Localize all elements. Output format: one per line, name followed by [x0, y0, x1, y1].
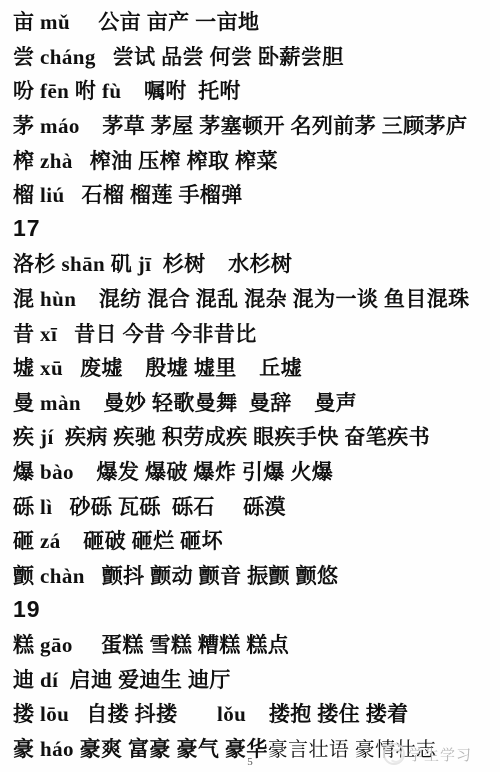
entry-text: 茅 máo 茅草 茅屋 茅塞顿开 名列前茅 三顾茅庐 [13, 110, 467, 140]
vocab-entry: 亩 mǔ 公亩 亩产 一亩地 [13, 4, 496, 39]
vocab-entry: 糕 gāo 蛋糕 雪糕 糟糕 糕点 [13, 627, 496, 662]
entry-text: 爆 bào 爆发 爆破 爆炸 引爆 火爆 [13, 456, 333, 486]
entry-text: 吩 fēn 咐 fù 嘱咐 托咐 [13, 75, 241, 105]
entry-text: 亩 mǔ 公亩 亩产 一亩地 [13, 6, 259, 36]
vocab-entry: 尝 cháng 尝试 品尝 何尝 卧薪尝胆 [13, 39, 496, 74]
entry-text: 尝 cháng 尝试 品尝 何尝 卧薪尝胆 [13, 41, 344, 71]
entry-text: 迪 dí 启迪 爱迪生 迪厅 [13, 664, 231, 694]
vocab-entry: 颤 chàn 颤抖 颤动 颤音 振颤 颤悠 [13, 558, 496, 593]
vocab-entry: 曼 màn 曼妙 轻歌曼舞 曼辞 曼声 [13, 385, 496, 420]
entry-text: 榨 zhà 榨油 压榨 榨取 榨菜 [13, 145, 278, 175]
vocab-entry: 混 hùn 混纺 混合 混乱 混杂 混为一谈 鱼目混珠 [13, 281, 496, 316]
entry-text: 墟 xū 废墟 殷墟 墟里 丘墟 [13, 352, 302, 382]
entry-text: 砾 lì 砂砾 瓦砾 砾石 砾漠 [13, 491, 286, 521]
section-number: 17 [13, 212, 496, 247]
vocab-entry: 搂 lōu 自搂 抖搂 lǒu 搂抱 搂住 搂着 [13, 696, 496, 731]
worksheet-page: 亩 mǔ 公亩 亩产 一亩地尝 cháng 尝试 品尝 何尝 卧薪尝胆吩 fēn… [0, 0, 500, 772]
entry-text: 榴 liú 石榴 榴莲 手榴弹 [13, 179, 243, 209]
section-number-text: 17 [13, 215, 41, 242]
entry-text: 砸 zá 砸破 砸烂 砸坏 [13, 525, 223, 555]
vocab-entry: 疾 jí 疾病 疾驰 积劳成疾 眼疾手快 奋笔疾书 [13, 419, 496, 454]
entry-text: 疾 jí 疾病 疾驰 积劳成疾 眼疾手快 奋笔疾书 [13, 421, 430, 451]
vocab-entry: 豪 háo 豪爽 富豪 豪气 豪华豪言壮语 豪情壮志 [13, 730, 496, 765]
vocab-entry: 吩 fēn 咐 fù 嘱咐 托咐 [13, 73, 496, 108]
vocab-list: 亩 mǔ 公亩 亩产 一亩地尝 cháng 尝试 品尝 何尝 卧薪尝胆吩 fēn… [0, 0, 500, 765]
entry-text: 曼 màn 曼妙 轻歌曼舞 曼辞 曼声 [13, 387, 357, 417]
vocab-entry: 茅 máo 茅草 茅屋 茅塞顿开 名列前茅 三顾茅庐 [13, 108, 496, 143]
vocab-entry: 迪 dí 启迪 爱迪生 迪厅 [13, 661, 496, 696]
entry-text: 糕 gāo 蛋糕 雪糕 糟糕 糕点 [13, 629, 289, 659]
section-number: 19 [13, 592, 496, 627]
vocab-entry: 墟 xū 废墟 殷墟 墟里 丘墟 [13, 350, 496, 385]
section-number-text: 19 [13, 596, 41, 623]
entry-text: 颤 chàn 颤抖 颤动 颤音 振颤 颤悠 [13, 560, 338, 590]
entry-text: 洛杉 shān 矶 jī 杉树 水杉树 [13, 248, 292, 278]
vocab-entry: 爆 bào 爆发 爆破 爆炸 引爆 火爆 [13, 454, 496, 489]
entry-text: 混 hùn 混纺 混合 混乱 混杂 混为一谈 鱼目混珠 [13, 283, 470, 313]
vocab-entry: 洛杉 shān 矶 jī 杉树 水杉树 [13, 246, 496, 281]
vocab-entry: 榨 zhà 榨油 压榨 榨取 榨菜 [13, 142, 496, 177]
entry-text: 豪 háo 豪爽 富豪 豪气 豪华 [13, 733, 268, 763]
entry-tail-text: 豪言壮语 豪情壮志 [268, 733, 437, 762]
vocab-entry: 榴 liú 石榴 榴莲 手榴弹 [13, 177, 496, 212]
vocab-entry: 砸 zá 砸破 砸烂 砸坏 [13, 523, 496, 558]
vocab-entry: 砾 lì 砂砾 瓦砾 砾石 砾漠 [13, 488, 496, 523]
entry-text: 搂 lōu 自搂 抖搂 lǒu 搂抱 搂住 搂着 [13, 698, 409, 728]
page-number: 5 [247, 756, 253, 768]
vocab-entry: 昔 xī 昔日 今昔 今非昔比 [13, 315, 496, 350]
entry-text: 昔 xī 昔日 今昔 今非昔比 [13, 318, 257, 348]
